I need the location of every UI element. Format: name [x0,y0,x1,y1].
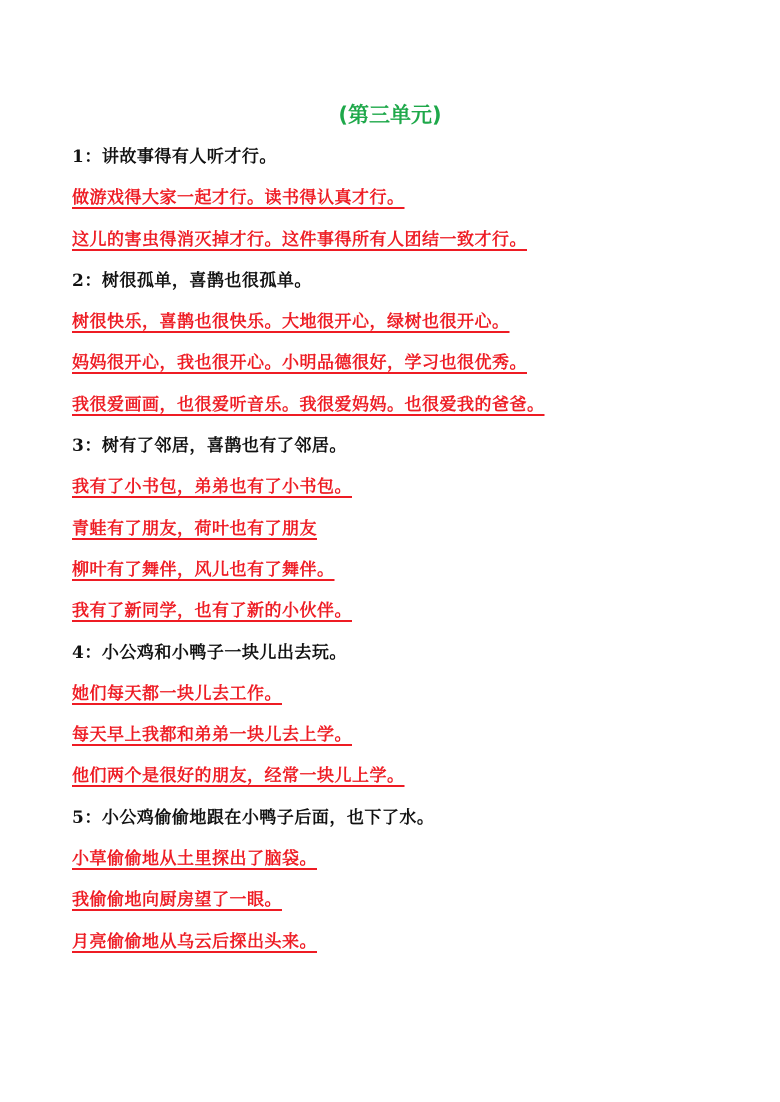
document-page: (第三单元) 1：讲故事得有人听才行。 做游戏得大家一起才行。读书得认真才行。 … [0,0,780,1102]
prompt-5: 5：小公鸡偷偷地跟在小鸭子后面，也下了水。 [72,804,732,845]
answer-5-1: 小草偷偷地从土里探出了脑袋。 [72,845,732,886]
answer-5-3: 月亮偷偷地从乌云后探出头来。 [72,928,732,969]
answer-1-2: 这儿的害虫得消灭掉才行。这件事得所有人团结一致才行。 [72,226,732,267]
prompt-3: 3：树有了邻居，喜鹊也有了邻居。 [72,432,732,473]
unit-title: (第三单元) [0,100,780,130]
answer-3-1: 我有了小书包，弟弟也有了小书包。 [72,473,732,514]
exercise-list: 1：讲故事得有人听才行。 做游戏得大家一起才行。读书得认真才行。 这儿的害虫得消… [72,143,732,969]
answer-3-4: 我有了新同学，也有了新的小伙伴。 [72,597,732,638]
prompt-2: 2：树很孤单，喜鹊也很孤单。 [72,267,732,308]
answer-2-2: 妈妈很开心，我也很开心。小明品德很好，学习也很优秀。 [72,349,732,390]
answer-4-3: 他们两个是很好的朋友，经常一块儿上学。 [72,762,732,803]
answer-2-3: 我很爱画画，也很爱听音乐。我很爱妈妈。也很爱我的爸爸。 [72,391,732,432]
prompt-1: 1：讲故事得有人听才行。 [72,143,732,184]
answer-1-1: 做游戏得大家一起才行。读书得认真才行。 [72,184,732,225]
answer-5-2: 我偷偷地向厨房望了一眼。 [72,886,732,927]
answer-3-3: 柳叶有了舞伴，风儿也有了舞伴。 [72,556,732,597]
answer-4-1: 她们每天都一块儿去工作。 [72,680,732,721]
answer-2-1: 树很快乐，喜鹊也很快乐。大地很开心，绿树也很开心。 [72,308,732,349]
answer-3-2: 青蛙有了朋友，荷叶也有了朋友 [72,515,732,556]
prompt-4: 4：小公鸡和小鸭子一块儿出去玩。 [72,639,732,680]
answer-4-2: 每天早上我都和弟弟一块儿去上学。 [72,721,732,762]
